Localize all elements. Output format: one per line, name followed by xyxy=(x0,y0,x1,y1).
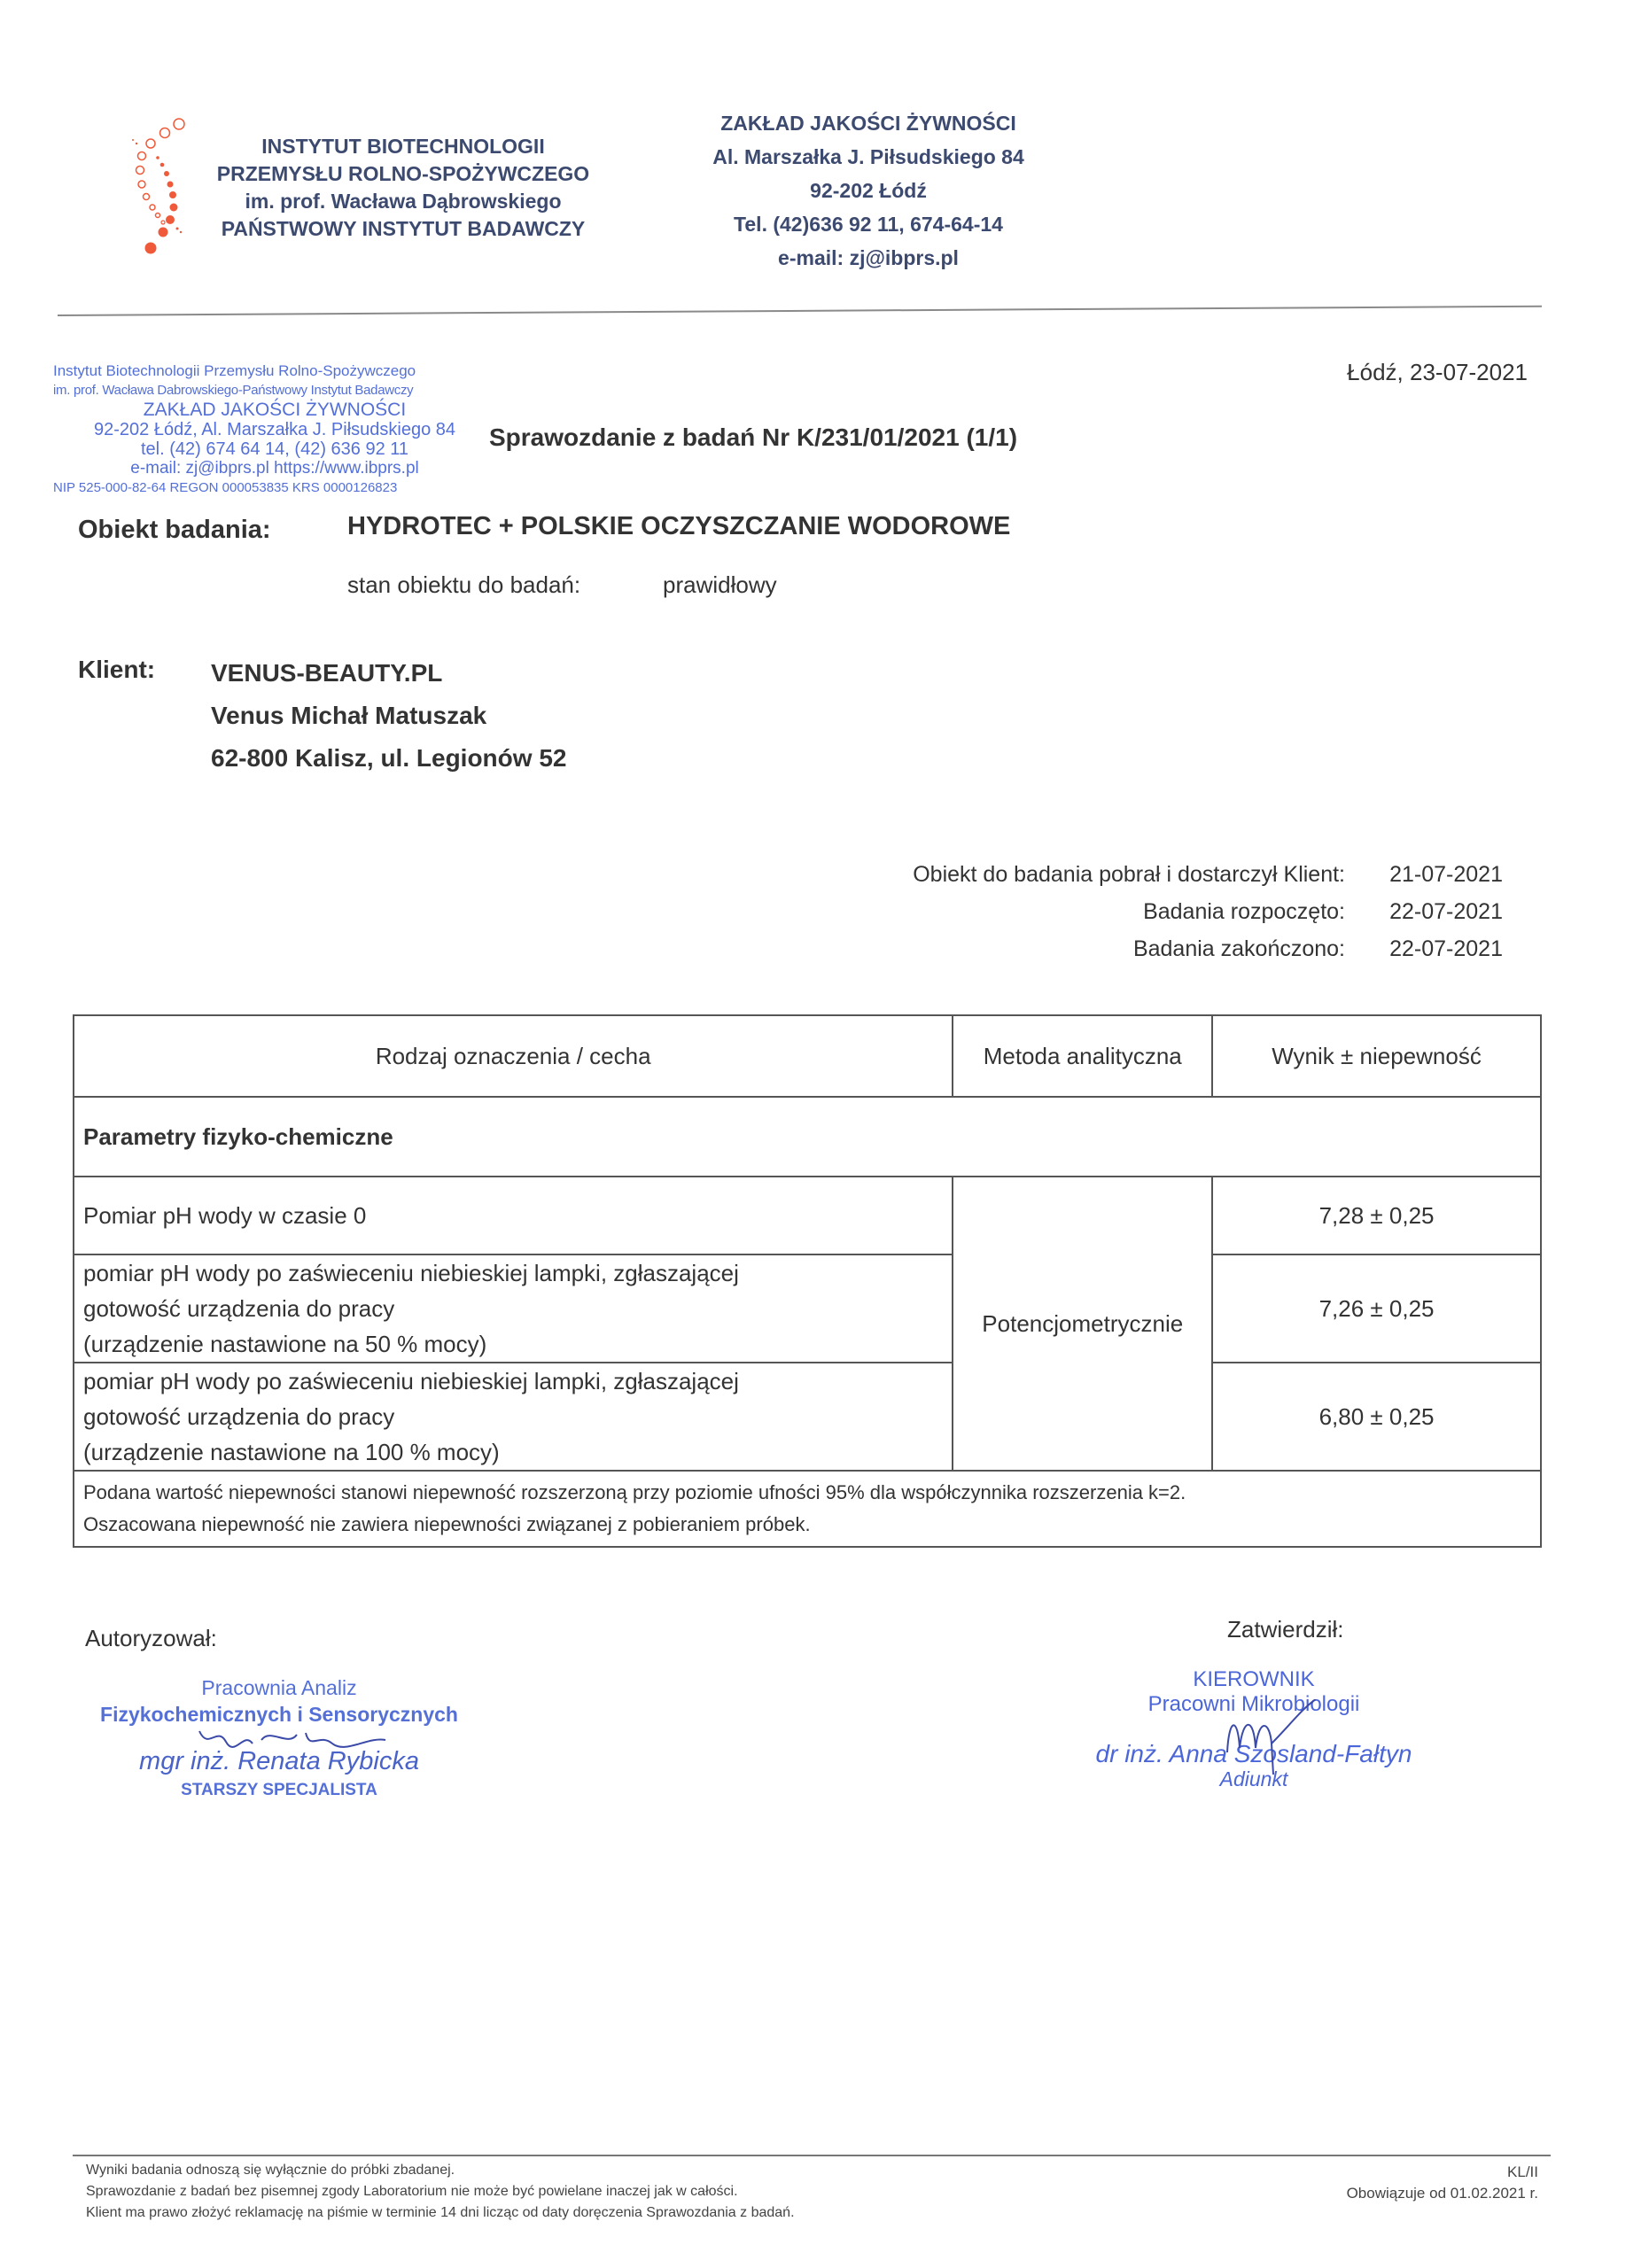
stamp-unit-line: Pracownia Analiz xyxy=(89,1674,470,1701)
parameter-line: (urządzenie nastawione na 100 % mocy) xyxy=(83,1434,943,1470)
column-header: Metoda analityczna xyxy=(953,1015,1212,1097)
result-cell: 7,28 ± 0,25 xyxy=(1212,1177,1541,1254)
date-label: Badania rozpoczęto: xyxy=(1143,893,1345,930)
authorizer-name: mgr inż. Renata Rybicka xyxy=(89,1745,470,1777)
stamp-line: ZAKŁAD JAKOŚCI ŻYWNOŚCI xyxy=(53,400,496,420)
authorizer-title: STARSZY SPECJALISTA xyxy=(89,1777,470,1804)
institute-name: INSTYTUT BIOTECHNOLOGII PRZEMYSŁU ROLNO-… xyxy=(195,133,611,243)
client-label: Klient: xyxy=(78,656,155,684)
place-date: Łódź, 23-07-2021 xyxy=(1347,359,1528,386)
date-value: 22-07-2021 xyxy=(1345,893,1503,930)
institute-line: PRZEMYSŁU ROLNO-SPOŻYWCZEGO xyxy=(195,160,611,188)
stamp-line: im. prof. Wacława Dabrowskiego-Państwowy… xyxy=(53,381,496,400)
client-details: VENUS-BEAUTY.PL Venus Michał Matuszak 62… xyxy=(211,652,566,780)
institute-line: PAŃSTWOWY INSTYTUT BADAWCZY xyxy=(195,215,611,243)
parameter-cell: Pomiar pH wody w czasie 0 xyxy=(74,1177,953,1254)
date-row: Obiekt do badania pobrał i dostarczył Kl… xyxy=(913,856,1503,893)
institute-stamp: Instytut Biotechnologii Przemysłu Rolno-… xyxy=(53,361,496,498)
approved-label: Zatwierdził: xyxy=(1227,1616,1343,1643)
institute-line: im. prof. Wacława Dąbrowskiego xyxy=(195,188,611,215)
footer-line: Klient ma prawo złożyć reklamację na piś… xyxy=(86,2202,795,2224)
parameter-cell: pomiar pH wody po zaświeceniu niebieskie… xyxy=(74,1254,953,1363)
stamp-line: 92-202 Łódź, Al. Marszałka J. Piłsudskie… xyxy=(53,420,496,439)
results-table: Rodzaj oznaczenia / cecha Metoda anality… xyxy=(73,1014,1542,1548)
note-line: Podana wartość niepewności stanowi niepe… xyxy=(83,1477,1531,1509)
date-label: Badania zakończono: xyxy=(1133,930,1345,967)
column-header: Rodzaj oznaczenia / cecha xyxy=(74,1015,953,1097)
department-line: Tel. (42)636 92 11, 674-64-14 xyxy=(682,207,1054,241)
table-row: Pomiar pH wody w czasie 0 Potencjometryc… xyxy=(74,1177,1541,1254)
table-row: pomiar pH wody po zaświeceniu niebieskie… xyxy=(74,1363,1541,1471)
department-address: ZAKŁAD JAKOŚCI ŻYWNOŚCI Al. Marszałka J.… xyxy=(682,106,1054,275)
stamp-unit-line: Fizykochemicznych i Sensorycznych xyxy=(89,1701,470,1728)
table-note-row: Podana wartość niepewności stanowi niepe… xyxy=(74,1471,1541,1547)
footer-form-info: KL/II Obowiązuje od 01.02.2021 r. xyxy=(1347,2162,1538,2204)
date-label: Obiekt do badania pobrał i dostarczył Kl… xyxy=(913,856,1345,893)
authorized-label: Autoryzował: xyxy=(85,1625,217,1652)
object-label: Obiekt badania: xyxy=(78,516,271,545)
stamp-unit-line: KIEROWNIK xyxy=(1063,1667,1444,1692)
department-line: ZAKŁAD JAKOŚCI ŻYWNOŚCI xyxy=(682,106,1054,140)
footer-divider xyxy=(73,2155,1551,2156)
method-cell: Potencjometrycznie xyxy=(953,1177,1212,1471)
parameter-line: gotowość urządzenia do pracy xyxy=(83,1399,943,1434)
department-line: 92-202 Łódź xyxy=(682,174,1054,207)
section-title: Parametry fizyko-chemiczne xyxy=(74,1097,1541,1177)
parameter-line: (urządzenie nastawione na 50 % mocy) xyxy=(83,1326,943,1362)
client-owner: Venus Michał Matuszak xyxy=(211,695,566,737)
authorizer-stamp: Pracownia Analiz Fizykochemicznych i Sen… xyxy=(89,1674,470,1804)
department-line: Al. Marszałka J. Piłsudskiego 84 xyxy=(682,140,1054,174)
footer-disclaimer: Wyniki badania odnoszą się wyłącznie do … xyxy=(86,2160,795,2224)
report-title: Sprawozdanie z badań Nr K/231/01/2021 (1… xyxy=(489,423,1017,452)
form-valid-from: Obowiązuje od 01.02.2021 r. xyxy=(1347,2183,1538,2204)
header-divider xyxy=(58,306,1542,316)
footer-line: Sprawozdanie z badań bez pisemnej zgody … xyxy=(86,2181,795,2202)
column-header: Wynik ± niepewność xyxy=(1212,1015,1541,1097)
object-state-label: stan obiektu do badań: xyxy=(347,571,580,599)
parameter-cell: pomiar pH wody po zaświeceniu niebieskie… xyxy=(74,1363,953,1471)
department-line: e-mail: zj@ibprs.pl xyxy=(682,241,1054,275)
footer-line: Wyniki badania odnoszą się wyłącznie do … xyxy=(86,2160,795,2181)
stamp-line: tel. (42) 674 64 14, (42) 636 92 11 xyxy=(53,439,496,459)
test-dates: Obiekt do badania pobrał i dostarczył Kl… xyxy=(913,856,1503,967)
signature-scribble-icon xyxy=(1218,1699,1325,1779)
date-row: Badania rozpoczęto:22-07-2021 xyxy=(913,893,1503,930)
date-value: 21-07-2021 xyxy=(1345,856,1503,893)
table-section-row: Parametry fizyko-chemiczne xyxy=(74,1097,1541,1177)
client-address: 62-800 Kalisz, ul. Legionów 52 xyxy=(211,737,566,780)
parameter-line: Pomiar pH wody w czasie 0 xyxy=(83,1202,366,1229)
table-row: pomiar pH wody po zaświeceniu niebieskie… xyxy=(74,1254,1541,1363)
stamp-line: Instytut Biotechnologii Przemysłu Rolno-… xyxy=(53,361,496,381)
client-name: VENUS-BEAUTY.PL xyxy=(211,652,566,695)
result-cell: 6,80 ± 0,25 xyxy=(1212,1363,1541,1471)
parameter-line: gotowość urządzenia do pracy xyxy=(83,1291,943,1326)
parameter-line: pomiar pH wody po zaświeceniu niebieskie… xyxy=(83,1363,943,1399)
date-value: 22-07-2021 xyxy=(1345,930,1503,967)
note-line: Oszacowana niepewność nie zawiera niepew… xyxy=(83,1509,1531,1541)
approver-stamp: KIEROWNIK Pracowni Mikrobiologii dr inż.… xyxy=(1063,1667,1444,1791)
form-code: KL/II xyxy=(1347,2162,1538,2183)
parameter-line: pomiar pH wody po zaświeceniu niebieskie… xyxy=(83,1255,943,1291)
date-row: Badania zakończono:22-07-2021 xyxy=(913,930,1503,967)
stamp-line: e-mail: zj@ibprs.pl https://www.ibprs.pl xyxy=(53,459,496,478)
object-state-value: prawidłowy xyxy=(663,571,777,599)
institute-line: INSTYTUT BIOTECHNOLOGII xyxy=(195,133,611,160)
institute-logo-icon xyxy=(124,115,204,275)
stamp-line: NIP 525-000-82-64 REGON 000053835 KRS 00… xyxy=(53,478,496,498)
object-value: HYDROTEC + POLSKIE OCZYSZCZANIE WODOROWE xyxy=(347,512,1010,541)
result-cell: 7,26 ± 0,25 xyxy=(1212,1254,1541,1363)
table-header-row: Rodzaj oznaczenia / cecha Metoda anality… xyxy=(74,1015,1541,1097)
uncertainty-note: Podana wartość niepewności stanowi niepe… xyxy=(74,1471,1541,1547)
